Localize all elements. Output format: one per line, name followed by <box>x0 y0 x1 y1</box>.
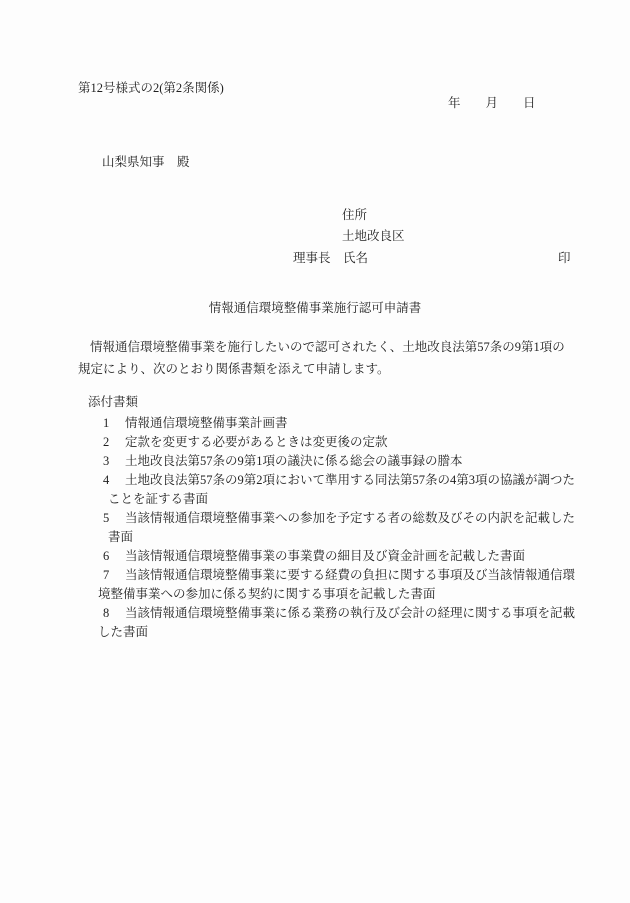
attachment-item-6-number: 6 <box>103 547 125 566</box>
attachment-item-8-text: 当該情報通信環境整備事業に係る業務の執行及び会計の経理に関する事項を記載 <box>125 606 575 620</box>
attachment-item-7-continuation: 境整備事業への参加に係る契約に関する事項を記載した書面 <box>0 585 630 604</box>
attachment-item-5: 5当該情報通信環境整備事業への参加を予定する者の総数及びその内訳を記載した <box>0 509 630 528</box>
signature-org-label: 土地改良区 <box>342 229 405 244</box>
attachment-item-5-number: 5 <box>103 509 125 528</box>
attachment-item-1-number: 1 <box>103 414 125 433</box>
attachment-item-7-text: 当該情報通信環境整備事業に要する経費の負担に関する事項及び当該情報通信環 <box>125 568 575 582</box>
body-paragraph: 情報通信環境整備事業を施行したいので認可されたく、土地改良法第57条の9第1項の… <box>0 336 630 380</box>
attachment-item-1-text: 情報通信環境整備事業計画書 <box>125 416 288 430</box>
attachment-item-3-text: 土地改良法第57条の9第1項の議決に係る総会の議事録の謄本 <box>125 454 463 468</box>
attachment-item-4-text: 土地改良法第57条の9第2項において準用する同法第57条の4第3項の協議が調つた <box>125 473 575 487</box>
body-line-1: 情報通信環境整備事業を施行したいので認可されたく、土地改良法第57条の9第1項の <box>0 336 630 358</box>
signature-title-name-label: 理事長 氏名 <box>293 251 368 266</box>
attachment-item-4-continuation: ことを証する書面 <box>0 490 630 509</box>
document-page: 第12号様式の2(第2条関係) 年 月 日 山梨県知事 殿 住所 土地改良区 理… <box>0 0 630 903</box>
document-title: 情報通信環境整備事業施行認可申請書 <box>0 301 630 316</box>
attachment-item-4-number: 4 <box>103 471 125 490</box>
attachment-item-6: 6当該情報通信環境整備事業の事業費の細目及び資金計画を記載した書面 <box>0 547 630 566</box>
attachment-item-5-text: 当該情報通信環境整備事業への参加を予定する者の総数及びその内訳を記載した <box>125 511 575 525</box>
attachments-list: 1情報通信環境整備事業計画書 2定款を変更する必要があるときは変更後の定款 3土… <box>0 414 630 642</box>
attachment-item-5-continuation: 書面 <box>0 528 630 547</box>
attachment-item-8: 8当該情報通信環境整備事業に係る業務の執行及び会計の経理に関する事項を記載 <box>0 604 630 623</box>
signature-address-label: 住所 <box>342 208 367 223</box>
addressee-line: 山梨県知事 殿 <box>102 155 190 170</box>
attachment-item-4: 4土地改良法第57条の9第2項において準用する同法第57条の4第3項の協議が調つ… <box>0 471 630 490</box>
attachment-item-8-number: 8 <box>103 604 125 623</box>
attachment-item-1: 1情報通信環境整備事業計画書 <box>0 414 630 433</box>
attachment-item-7: 7当該情報通信環境整備事業に要する経費の負担に関する事項及び当該情報通信環 <box>0 566 630 585</box>
date-line: 年 月 日 <box>448 96 536 111</box>
body-line-2: 規定により、次のとおり関係書類を添えて申請します。 <box>0 358 630 380</box>
form-number: 第12号様式の2(第2条関係) <box>78 81 224 96</box>
attachment-item-6-text: 当該情報通信環境整備事業の事業費の細目及び資金計画を記載した書面 <box>125 549 525 563</box>
attachment-item-2-text: 定款を変更する必要があるときは変更後の定款 <box>125 435 388 449</box>
attachment-item-3: 3土地改良法第57条の9第1項の議決に係る総会の議事録の謄本 <box>0 452 630 471</box>
signature-seal-label: 印 <box>558 251 571 266</box>
attachments-heading: 添付書類 <box>88 395 138 410</box>
attachment-item-8-continuation: した書面 <box>0 623 630 642</box>
attachment-item-7-number: 7 <box>103 566 125 585</box>
attachment-item-2: 2定款を変更する必要があるときは変更後の定款 <box>0 433 630 452</box>
attachment-item-3-number: 3 <box>103 452 125 471</box>
attachment-item-2-number: 2 <box>103 433 125 452</box>
